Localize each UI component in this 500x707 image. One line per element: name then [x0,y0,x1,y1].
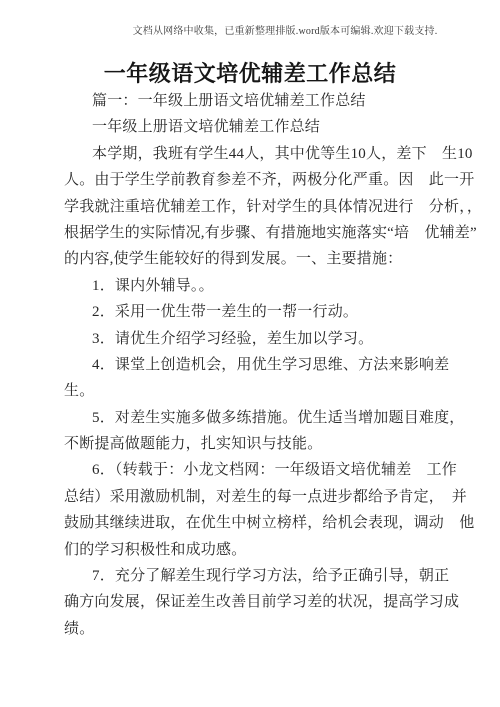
text-line: 确方向发展，保证差生改善目前学习差的状况，提高学习成 [64,589,464,615]
text-line: 4．课堂上创造机会，用优生学习思维、方法来影响差 [64,352,464,378]
text-line: 篇一：一年级上册语文培优辅差工作总结 [64,88,464,114]
text-line: 学我就注重培优辅差工作，针对学生的具体情况进行 分析，， [64,194,464,220]
text-line: 人。由于学生学前教育参差不齐，两极分化严重。因 此一开 [64,167,464,193]
document-body: 篇一：一年级上册语文培优辅差工作总结 一年级上册语文培优辅差工作总结 本学期，我… [64,88,464,642]
text-line: 们的学习积极性和成功感。 [64,537,464,563]
text-line: 生。 [64,378,464,404]
text-line: 鼓励其继续进取，在优生中树立榜样，给机会表现，调动 他 [64,510,464,536]
document-page: 文档从网络中收集，已重新整理排版.word版本可编辑.欢迎下载支持. 一年级语文… [0,0,500,707]
text-line: 5．对差生实施多做多练措施。优生适当增加题目难度， [64,405,464,431]
text-line: 6．（转载于：小龙文档网：一年级语文培优辅差 工作 [64,457,464,483]
page-title: 一年级语文培优辅差工作总结 [0,59,500,89]
text-line: 7．充分了解差生现行学习方法，给予正确引导，朝正 [64,563,464,589]
text-line: 不断提高做题能力，扎实知识与技能。 [64,431,464,457]
text-line: 总结）采用激励机制，对差生的每一点进步都给予肯定， 并 [64,484,464,510]
header-note: 文档从网络中收集，已重新整理排版.word版本可编辑.欢迎下载支持. [0,25,500,38]
text-line: 3．请优生介绍学习经验，差生加以学习。 [64,326,464,352]
text-line: 2．采用一优生带一差生的一帮一行动。 [64,299,464,325]
text-line: 一年级上册语文培优辅差工作总结 [64,114,464,140]
text-line: 1．课内外辅导。。 [64,273,464,299]
text-line: 根据学生的实际情况,有步骤、有措施地实施落实“培 优辅差” [64,220,464,246]
text-line: 的内容,使学生能较好的得到发展。一、主要措施： [64,246,464,272]
text-line: 绩。 [64,616,464,642]
text-line: 本学期，我班有学生44人，其中优等生10人，差下 生10 [64,141,464,167]
